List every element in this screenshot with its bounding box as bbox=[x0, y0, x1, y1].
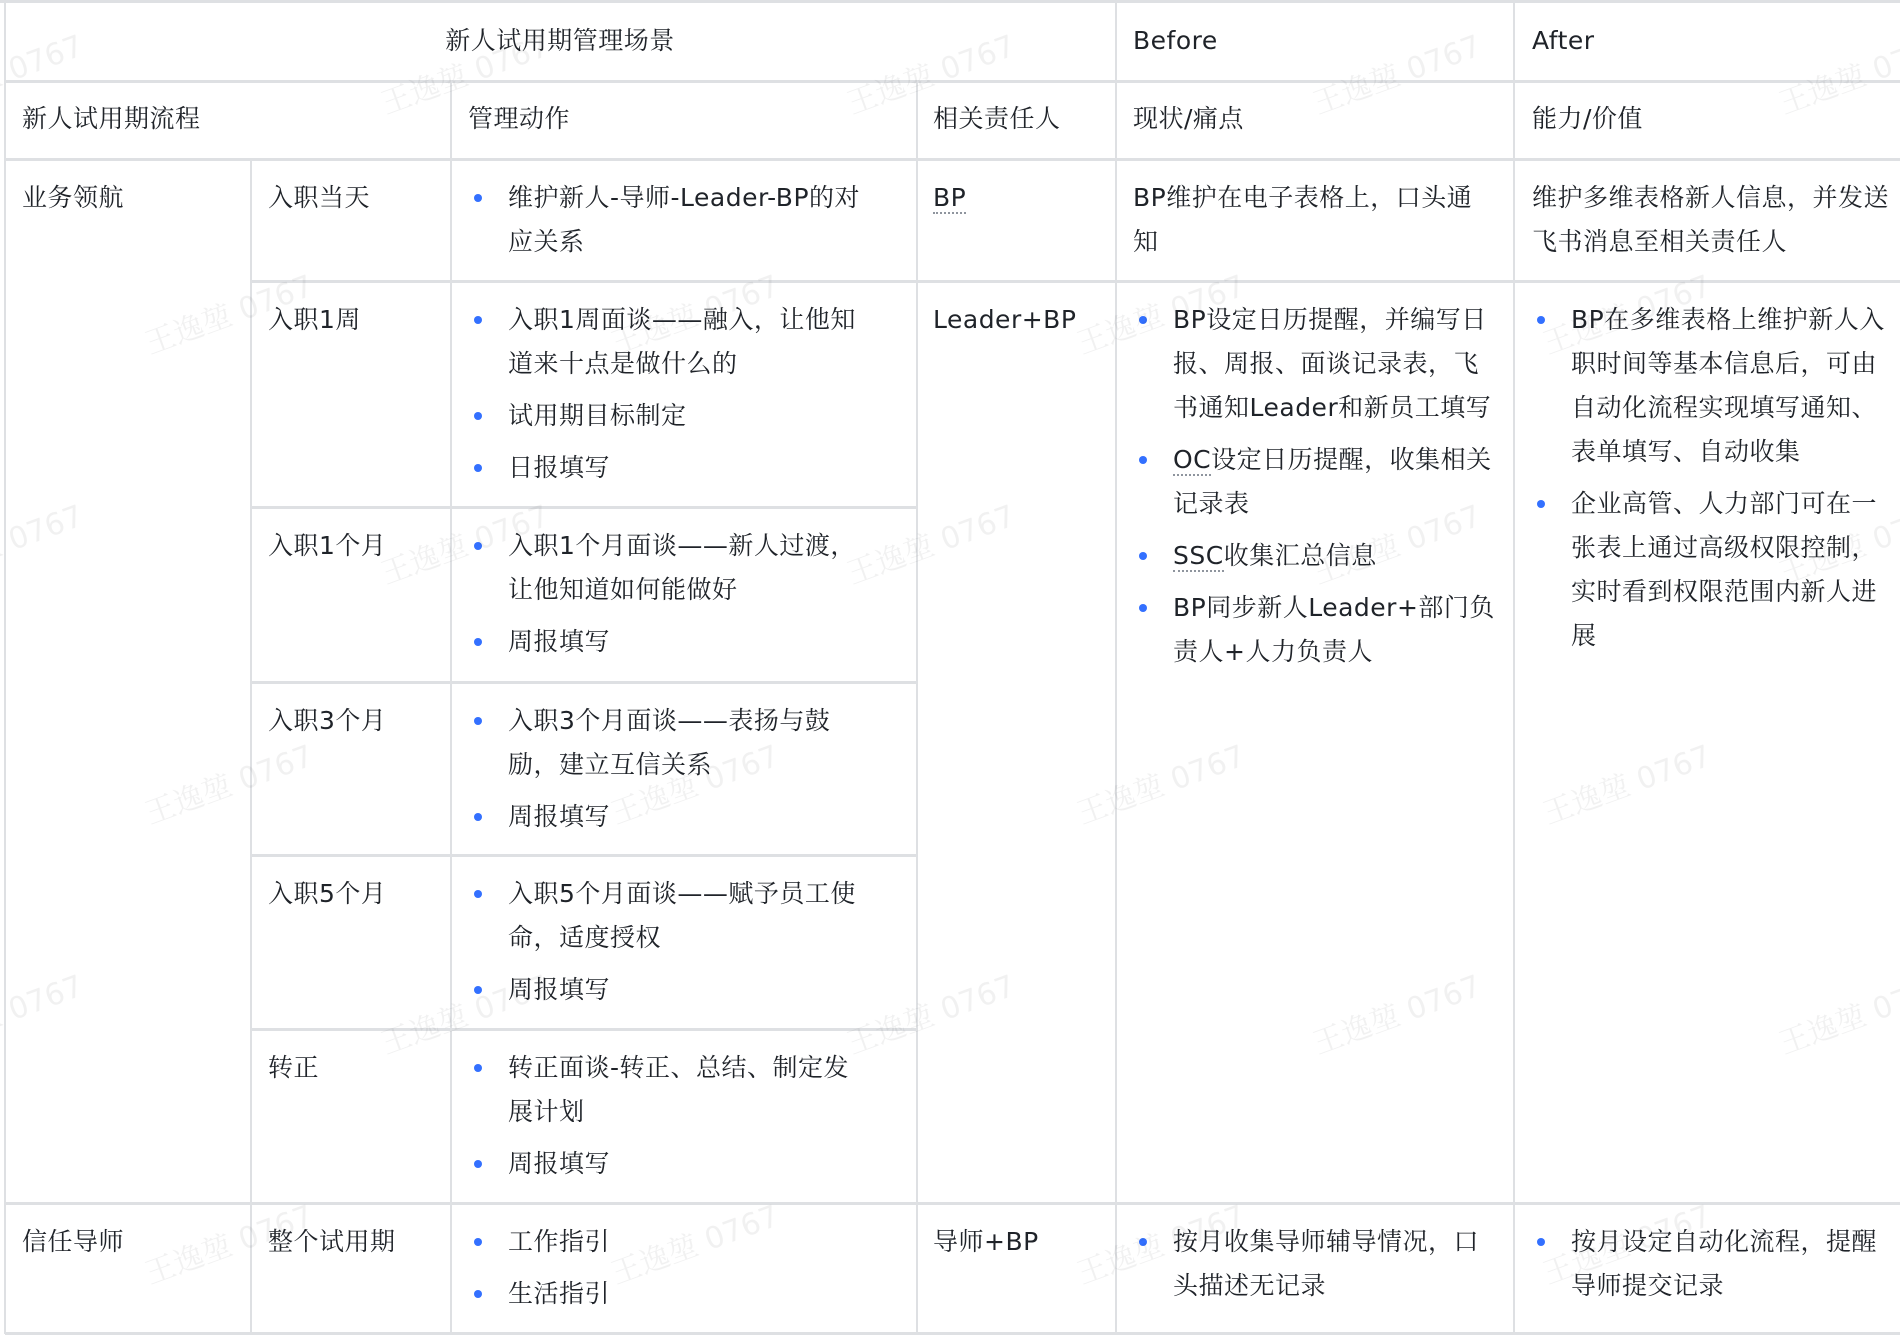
before-item: BP设定日历提醒，并编写日报、周报、面谈记录表，飞书通知Leader和新员工填写 bbox=[1117, 298, 1499, 430]
row-divider bbox=[5, 80, 1900, 83]
oc-abbr[interactable]: OC bbox=[1173, 445, 1211, 476]
stage-month3: 入职3个月 bbox=[268, 699, 386, 743]
action-item: 入职1个月面谈——新人过渡，让他知道如何能做好 bbox=[452, 524, 872, 612]
row-divider bbox=[5, 1202, 1900, 1205]
header-pain: 现状/痛点 bbox=[1133, 97, 1244, 141]
action-item: 日报填写 bbox=[452, 446, 872, 490]
header-process: 新人试用期流程 bbox=[22, 97, 201, 141]
after-list-rest: BP在多维表格上维护新人入职时间等基本信息后，可由自动化流程实现填写通知、表单填… bbox=[1515, 298, 1897, 666]
stage-day1: 入职当天 bbox=[268, 176, 370, 220]
actions-month3: 入职3个月面谈——表扬与鼓励，建立互信关系 周报填写 bbox=[452, 699, 872, 847]
before-item: SSC收集汇总信息 bbox=[1117, 534, 1499, 578]
col-divider bbox=[250, 158, 252, 1334]
header-action: 管理动作 bbox=[468, 97, 570, 141]
action-item: 入职3个月面谈——表扬与鼓励，建立互信关系 bbox=[452, 699, 872, 787]
actions-whole-probation: 工作指引 生活指引 bbox=[452, 1220, 872, 1324]
row-divider bbox=[916, 280, 1900, 283]
action-item: 周报填写 bbox=[452, 968, 872, 1012]
stage-regularization: 转正 bbox=[268, 1046, 319, 1090]
actions-day1: 维护新人-导师-Leader-BP的对应关系 bbox=[452, 176, 872, 272]
before-item: BP同步新人Leader+部门负责人+人力负责人 bbox=[1117, 586, 1499, 674]
col-divider bbox=[916, 80, 918, 1334]
header-after: After bbox=[1532, 19, 1595, 63]
row-divider bbox=[251, 1028, 916, 1031]
row-divider bbox=[5, 158, 1900, 161]
action-item: 周报填写 bbox=[452, 620, 872, 664]
before-day1: BP维护在电子表格上，口头通知 bbox=[1133, 176, 1493, 264]
action-item: 周报填写 bbox=[452, 1142, 872, 1186]
header-before: Before bbox=[1133, 19, 1218, 63]
actions-month5: 入职5个月面谈——赋予员工使命，适度授权 周报填写 bbox=[452, 872, 872, 1020]
action-item: 工作指引 bbox=[452, 1220, 872, 1264]
before-item: 按月收集导师辅导情况，口头描述无记录 bbox=[1117, 1220, 1499, 1308]
header-scenario: 新人试用期管理场景 bbox=[5, 19, 1115, 63]
row-divider bbox=[251, 681, 916, 684]
stage-week1: 入职1周 bbox=[268, 298, 361, 342]
ssc-abbr[interactable]: SSC bbox=[1173, 541, 1224, 572]
action-item: 转正面谈-转正、总结、制定发展计划 bbox=[452, 1046, 872, 1134]
actions-week1: 入职1周面谈——融入，让他知道来十点是做什么的 试用期目标制定 日报填写 bbox=[452, 298, 872, 498]
border-left bbox=[4, 2, 6, 1334]
stage-month1: 入职1个月 bbox=[268, 524, 386, 568]
border-top bbox=[0, 0, 1900, 3]
after-item: 按月设定自动化流程，提醒导师提交记录 bbox=[1515, 1220, 1897, 1308]
action-item: 试用期目标制定 bbox=[452, 394, 872, 438]
stage-whole-probation: 整个试用期 bbox=[268, 1220, 396, 1264]
owner-leader-bp: Leader+BP bbox=[933, 298, 1076, 342]
after-day1: 维护多维表格新人信息，并发送飞书消息至相关责任人 bbox=[1532, 176, 1892, 264]
before-item: OC设定日历提醒，收集相关记录表 bbox=[1117, 438, 1499, 526]
before-list-rest: BP设定日历提醒，并编写日报、周报、面谈记录表，飞书通知Leader和新员工填写… bbox=[1117, 298, 1499, 682]
row-divider bbox=[251, 506, 916, 509]
header-owner: 相关责任人 bbox=[933, 97, 1061, 141]
owner-bp-abbr[interactable]: BP bbox=[933, 183, 966, 214]
action-item: 入职5个月面谈——赋予员工使命，适度授权 bbox=[452, 872, 872, 960]
owner-day1: BP bbox=[933, 176, 966, 220]
category-business-guide: 业务领航 bbox=[22, 176, 124, 220]
actions-month1: 入职1个月面谈——新人过渡，让他知道如何能做好 周报填写 bbox=[452, 524, 872, 672]
action-item: 入职1周面谈——融入，让他知道来十点是做什么的 bbox=[452, 298, 872, 386]
after-item: 企业高管、人力部门可在一张表上通过高级权限控制，实时看到权限范围内新人进展 bbox=[1515, 482, 1897, 658]
action-item: 周报填写 bbox=[452, 795, 872, 839]
probation-management-table: 新人试用期管理场景 Before After 新人试用期流程 管理动作 相关责任… bbox=[5, 2, 1900, 1334]
after-item: BP在多维表格上维护新人入职时间等基本信息后，可由自动化流程实现填写通知、表单填… bbox=[1515, 298, 1897, 474]
stage-month5: 入职5个月 bbox=[268, 872, 386, 916]
border-bottom bbox=[5, 1332, 1900, 1335]
after-list-mentor: 按月设定自动化流程，提醒导师提交记录 bbox=[1515, 1220, 1897, 1316]
action-item: 生活指引 bbox=[452, 1272, 872, 1316]
col-divider bbox=[1513, 2, 1515, 1334]
header-value: 能力/价值 bbox=[1532, 97, 1643, 141]
category-trust-mentor: 信任导师 bbox=[22, 1220, 124, 1264]
actions-regularization: 转正面谈-转正、总结、制定发展计划 周报填写 bbox=[452, 1046, 872, 1194]
row-divider bbox=[251, 280, 916, 283]
action-item: 维护新人-导师-Leader-BP的对应关系 bbox=[452, 176, 872, 264]
row-divider bbox=[251, 854, 916, 857]
owner-mentor-bp: 导师+BP bbox=[933, 1220, 1039, 1264]
before-list-mentor: 按月收集导师辅导情况，口头描述无记录 bbox=[1117, 1220, 1499, 1316]
